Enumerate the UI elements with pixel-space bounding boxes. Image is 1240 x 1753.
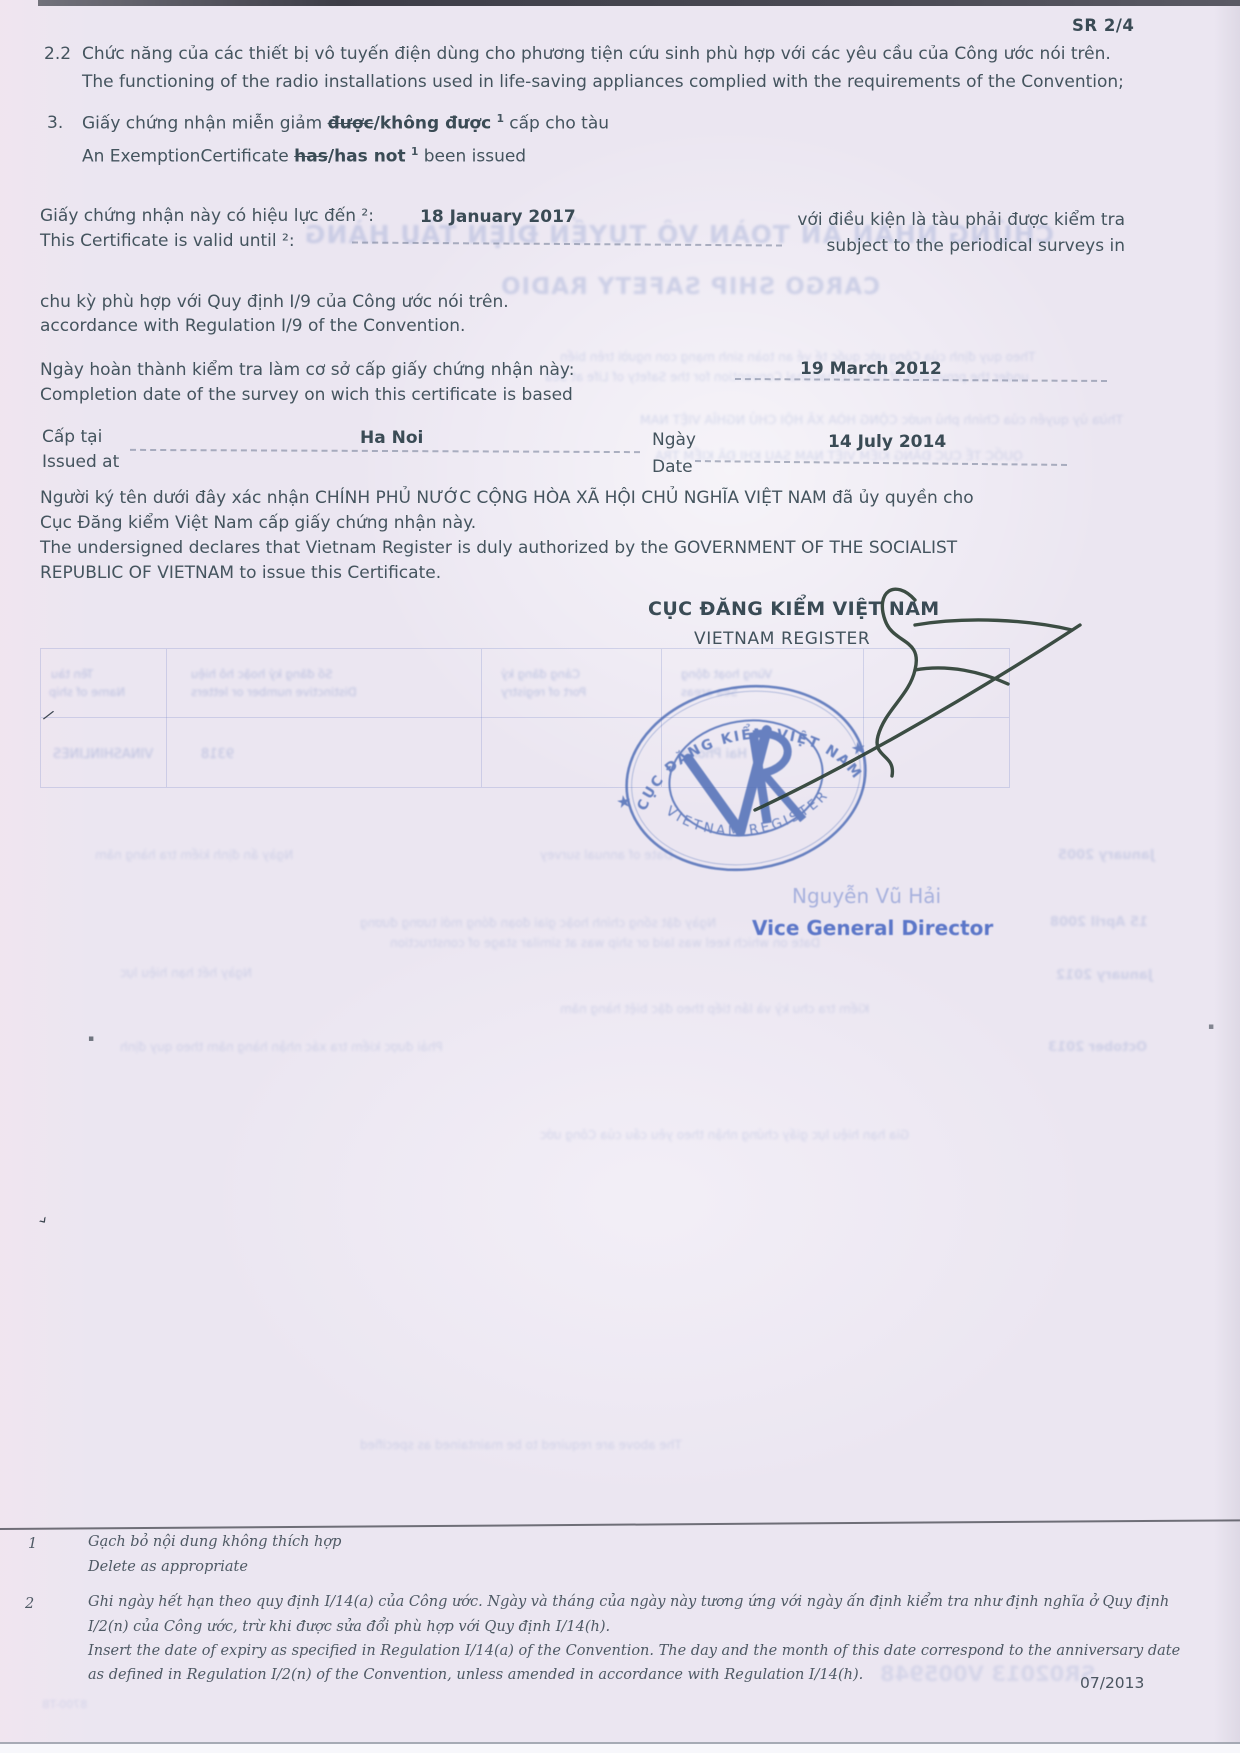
bleedthrough-serial: SR02013 V005948	[880, 1662, 1096, 1686]
clause-2-2-en: The functioning of the radio installatio…	[82, 72, 1124, 92]
clause-2-2-number: 2.2	[44, 44, 71, 64]
footnote-2-en-line1: Insert the date of expiry as specified i…	[88, 1643, 1180, 1659]
scan-light-patch	[200, 900, 1100, 1500]
clause-3-en: An ExemptionCertificate has/has not 1 be…	[82, 146, 526, 167]
bleedthrough-line: under the provisions of the Internationa…	[545, 370, 1029, 384]
scan-top-edge	[38, 0, 1240, 6]
bleedthrough-line: Ngày hết hạn hiệu lực	[120, 966, 252, 980]
bleedthrough-date: 15 April 2008	[1050, 915, 1148, 930]
validity-condition-vi: với điều kiện là tàu phải được kiểm tra	[740, 210, 1125, 230]
validity-label-vi: Giấy chứng nhận này có hiệu lực đến ²:	[40, 206, 374, 226]
scan-edge-tint	[0, 0, 90, 1753]
footnote-1-number: 1	[28, 1536, 37, 1552]
authorization-vi-line2: Cục Đăng kiểm Việt Nam cấp giấy chứng nh…	[40, 513, 476, 533]
clause-3-vi-kept-option: /không được	[374, 114, 492, 134]
issued-at-label-en: Issued at	[42, 452, 119, 472]
bleedthrough-line: Phải được kiểm tra xác nhận hàng năm the…	[120, 1040, 443, 1054]
bleedthrough-corner: 8700-TB	[42, 1698, 87, 1711]
dashed-fill-line	[130, 449, 640, 453]
bleedthrough-cell: Cảng đăng ký	[501, 667, 580, 681]
footnote-2-vi-line1: Ghi ngày hết hạn theo quy định I/14(a) c…	[88, 1594, 1169, 1610]
stamp-star-left-icon: ★	[615, 791, 633, 813]
bleedthrough-line: Ngày ấn định kiểm tra hàng năm	[95, 848, 293, 862]
bleedthrough-line: Thừa ủy quyền của Chính phủ nước CỘNG HÒ…	[640, 412, 1123, 427]
footnote-marker-1: 1	[411, 146, 418, 158]
bleedthrough-line: The above are required to be maintained …	[360, 1438, 682, 1452]
footnote-divider	[0, 1519, 1240, 1530]
signer-title: Vice General Director	[752, 916, 993, 940]
clause-3-en-kept-option: /has not	[328, 147, 406, 167]
footnote-1-en: Delete as appropriate	[88, 1559, 248, 1575]
bleedthrough-cell: Distinctive number or letters	[191, 685, 357, 699]
clause-3-vi-post: cấp cho tàu	[509, 114, 609, 134]
clause-3-vi-pre: Giấy chứng nhận miễn giảm	[82, 114, 328, 134]
validity-condition-en: subject to the periodical surveys in	[740, 236, 1125, 256]
completion-label-en: Completion date of the survey on wich th…	[40, 385, 573, 405]
clause-3-vi-struck-option: được	[328, 114, 374, 134]
bleedthrough-cell: Port of registry	[501, 685, 586, 699]
completion-date: 19 March 2012	[800, 359, 942, 379]
signer-name: Nguyễn Vũ Hải	[792, 884, 941, 908]
issued-at-label-vi: Cấp tại	[42, 427, 102, 447]
issue-place: Ha Noi	[360, 428, 423, 448]
authorization-en-line2: REPUBLIC OF VIETNAM to issue this Certif…	[40, 563, 441, 583]
validity-continuation-en: accordance with Regulation I/9 of the Co…	[40, 316, 465, 336]
footnote-2-number: 2	[25, 1596, 34, 1612]
form-version: 07/2013	[1080, 1674, 1144, 1692]
bleedthrough-date: January 2005	[1058, 848, 1154, 863]
bleedthrough-line: Theo quy định của Công ước quốc tế về an…	[560, 350, 1035, 364]
bleedthrough-line: Kiểm tra chu kỳ và lần tiếp theo đặc biệ…	[560, 1002, 869, 1016]
bleedthrough-cell: Tên tàu	[51, 667, 93, 681]
scan-bottom-edge	[0, 1744, 1240, 1753]
issue-date-label-vi: Ngày	[652, 430, 696, 450]
completion-label-vi: Ngày hoàn thành kiểm tra làm cơ sở cấp g…	[40, 360, 574, 380]
footnote-1-vi: Gạch bỏ nội dung không thích hợp	[88, 1534, 341, 1550]
footnote-2-en-line2: as defined in Regulation I/2(n) of the C…	[88, 1667, 863, 1683]
page-ref: SR 2/4	[1072, 16, 1134, 35]
bleedthrough-cell: VINASHINLINES	[53, 747, 153, 762]
clause-3-en-pre: An ExemptionCertificate	[82, 147, 294, 167]
authorization-vi-line1: Người ký tên dưới đây xác nhận CHÍNH PHỦ…	[40, 488, 974, 508]
bleedthrough-line: Gia hạn hiệu lực giấy chứng nhận theo yê…	[540, 1128, 909, 1142]
scan-speck: ▪	[1208, 1022, 1214, 1032]
authorization-en-line1: The undersigned declares that Vietnam Re…	[40, 538, 957, 558]
clause-2-2-vi: Chức năng của các thiết bị vô tuyến điện…	[82, 44, 1111, 64]
scan-speck: ▪	[88, 1034, 94, 1044]
issue-date-label-en: Date	[652, 457, 693, 477]
validity-expiry-date: 18 January 2017	[420, 207, 576, 227]
scanned-certificate-page: CHỨNG NHẬN AN TOÀN VÔ TUYẾN ĐIỆN TÀU HÀN…	[0, 0, 1240, 1753]
clause-3-en-struck-option: has	[294, 147, 328, 167]
bleedthrough-date: January 2012	[1056, 968, 1152, 983]
validity-label-en: This Certificate is valid until ²:	[40, 231, 295, 251]
clause-3-vi: Giấy chứng nhận miễn giảm được/không đượ…	[82, 113, 609, 134]
handwritten-signature	[700, 570, 1100, 840]
clause-3-en-post: been issued	[424, 147, 526, 167]
bleedthrough-cell: 9318	[201, 747, 234, 762]
footnote-2-vi-line2: I/2(n) của Công ước, trừ khi được sửa đổ…	[88, 1619, 610, 1635]
bleedthrough-line: Ngày đặt sống chính hoặc giai đoạn đóng …	[360, 916, 716, 930]
pen-mark: ›	[33, 1212, 54, 1230]
bleedthrough-cell: Name of ship	[49, 685, 125, 699]
issue-date: 14 July 2014	[828, 432, 946, 452]
validity-continuation-vi: chu kỳ phù hợp với Quy định I/9 của Công…	[40, 292, 509, 312]
clause-3-number: 3.	[47, 113, 63, 133]
scan-edge-shadow	[1214, 0, 1240, 1753]
bleedthrough-date: October 2013	[1048, 1040, 1147, 1055]
bleedthrough-cell: Số đăng ký hoặc hô hiệu	[191, 667, 332, 681]
footnote-marker-1: 1	[497, 113, 504, 125]
